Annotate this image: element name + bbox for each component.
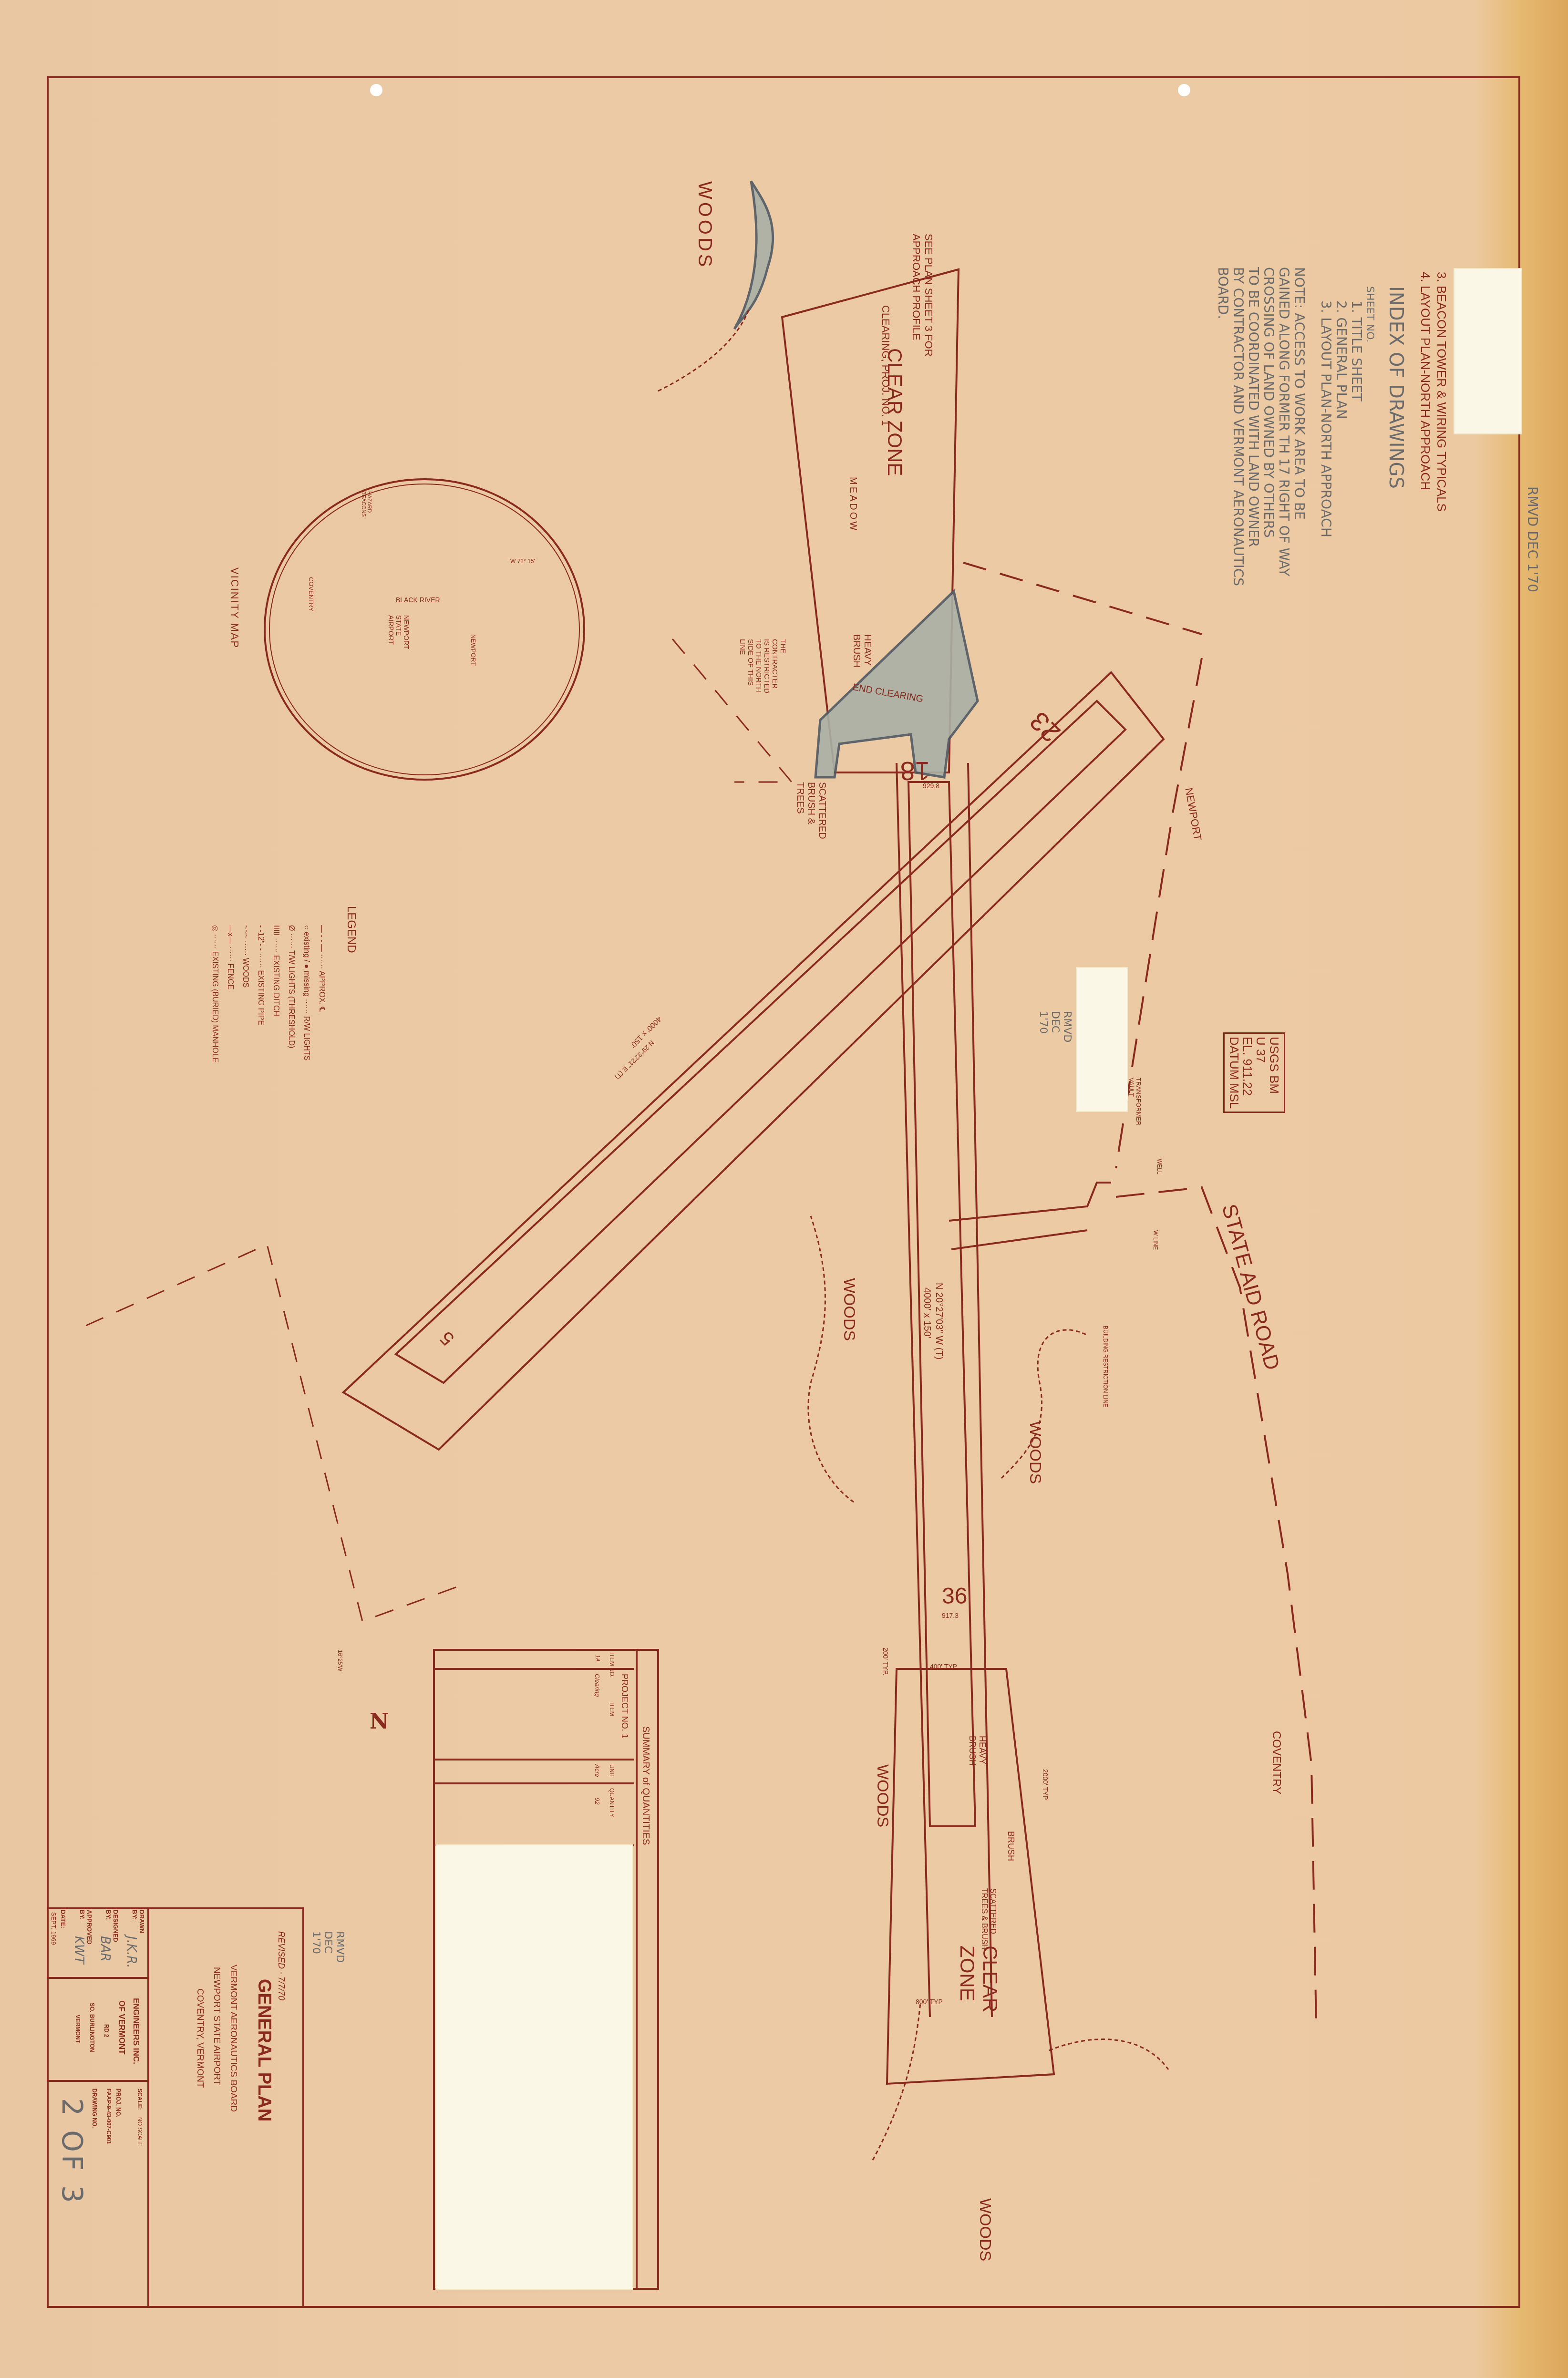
legend-list: — - - — ······ APPROX. ℄ ○ existing / ● … xyxy=(207,925,329,1063)
meadow-label: MEADOW xyxy=(847,477,858,532)
dim-2000-typ: 2000' TYP xyxy=(1042,1769,1049,1800)
approved-by-label: APPROVED BY: xyxy=(79,1910,93,1934)
transformer-vault-label: TRANSFORMER VAULT xyxy=(1128,1078,1142,1106)
scattered-trees-label: SCATTERED TREES & BRUSH xyxy=(980,1888,997,1960)
dim-800-typ: 800' TYP xyxy=(916,1998,943,2006)
index-typed-items: 3. BEACON TOWER & WIRING TYPICALS 4. LAY… xyxy=(1417,272,1450,512)
legend-item: ○ existing / ● missing ······ R/W LIGHTS xyxy=(299,925,314,1063)
revised-label: REVISED - 7/7/70 xyxy=(276,1931,286,2000)
legend-label: T/W LIGHTS (THRESHOLD) xyxy=(287,950,295,1048)
col-item: ITEM xyxy=(609,1702,615,1716)
row-unit: Acre xyxy=(594,1764,601,1777)
vicinity-map-title: VICINITY MAP xyxy=(228,567,241,649)
usgs-line: USGS BM xyxy=(1268,1037,1281,1109)
woods-label: WOODS xyxy=(873,1764,892,1827)
row-no: 1A xyxy=(594,1655,601,1662)
vicinity-label-airport: NEWPORT STATE AIRPORT xyxy=(387,615,410,649)
legend-symbol: ○ existing / ● missing xyxy=(302,925,310,997)
legend-title: LEGEND xyxy=(344,906,358,953)
declination-label: 16°25'W xyxy=(337,1650,343,1671)
vicinity-label-newport: NEWPORT xyxy=(470,634,477,666)
approved-by-value: KWT xyxy=(72,1936,86,1964)
vicinity-label-hazard-beacons: HAZARD BEACONS xyxy=(361,491,372,515)
legend-item: IIIII ······ EXISTING DITCH xyxy=(268,925,283,1063)
legend-item: — - - — ······ APPROX. ℄ xyxy=(314,925,329,1063)
access-note: NOTE: ACCESS TO WORK AREA TO BE GAINED A… xyxy=(1215,267,1307,586)
index-item: 1. TITLE SHEET xyxy=(1349,300,1364,537)
note-line: BOARD. xyxy=(1215,267,1230,586)
col-quantity: QUANTITY xyxy=(609,1788,615,1817)
firm-name: ENGINEERS INC. xyxy=(131,1998,141,2064)
scattered-brush-label: SCATTERED BRUSH & TREES xyxy=(794,782,827,839)
note-line: NOTE: ACCESS TO WORK AREA TO BE xyxy=(1291,267,1307,586)
legend-label: R/W LIGHTS xyxy=(302,1016,310,1060)
legend-label: EXISTING PIPE xyxy=(257,970,265,1026)
drawing-no-label: DRAWING NO. xyxy=(91,2089,98,2128)
vicinity-label-black-river: BLACK RIVER xyxy=(396,596,440,604)
legend-label: WOODS xyxy=(241,958,249,988)
runway-18-36-size: 4000' x 150' xyxy=(921,1287,932,1338)
contractor-note: THE CONTRACTER IS RESTRICTED TO THE NORT… xyxy=(738,639,787,696)
runway-18-elev: 929.8 xyxy=(923,782,939,790)
vicinity-label-coventry: COVENTRY xyxy=(308,577,315,611)
heavy-brush-east xyxy=(815,591,978,777)
legend-item: ~~~ ······ WOODS xyxy=(237,925,253,1063)
usgs-line: DATUM MSL xyxy=(1228,1037,1241,1109)
rmvd-note-table: RMVD DEC 1'70 xyxy=(310,1931,346,1965)
summary-project-header: PROJECT NO. 1 xyxy=(619,1674,629,1739)
index-pencil-items: 1. TITLE SHEET 2. GENERAL PLAN 3. LAYOUT… xyxy=(1318,300,1364,537)
north-arrow-icon: N xyxy=(370,1709,389,1734)
legend-item: - -12"- - ······ EXISTING PIPE xyxy=(253,925,268,1063)
client-name: VERMONT AERONAUTICS BOARD xyxy=(228,1965,238,2112)
proj-no-label: PROJ. NO. xyxy=(115,2089,122,2118)
heavy-brush-south-label: HEAVY BRUSH xyxy=(967,1736,987,1774)
scale-label: SCALE: xyxy=(136,2089,143,2110)
runway-5-23 xyxy=(396,701,1125,1383)
rmvd-note-building: RMVD DEC 1'70 xyxy=(1037,1011,1073,1049)
row-quantity: 92 xyxy=(594,1798,601,1804)
drawing-no-value: 2 OF 3 xyxy=(56,2098,88,2206)
location-name: COVENTRY, VERMONT xyxy=(195,1988,205,2088)
legend-symbol: —x— xyxy=(226,925,234,944)
index-item: 3. BEACON TOWER & WIRING TYPICALS xyxy=(1434,272,1450,512)
legend-symbol: - -12"- - xyxy=(257,925,265,951)
index-item: 3. LAYOUT PLAN-NORTH APPROACH xyxy=(1318,300,1333,537)
firm-address3: VERMONT xyxy=(74,2015,81,2043)
note-line: CROSSING OF LAND OWNED BY OTHERS xyxy=(1261,267,1276,586)
drawn-by-value: J.K.R. xyxy=(124,1936,138,1968)
index-title: INDEX OF DRAWINGS xyxy=(1385,286,1407,489)
well-label: WELL xyxy=(1156,1159,1163,1174)
south-clear-zone xyxy=(887,1669,1054,2084)
usgs-line: U 37 xyxy=(1254,1037,1268,1109)
firm-address2: SO. BURLINGTON xyxy=(89,2003,95,2052)
scale-value: NO SCALE xyxy=(136,2117,143,2146)
runway-18-36-bearing: N 20°27'03" W (T) xyxy=(933,1283,944,1359)
firm-name2: OF VERMONT xyxy=(117,2000,126,2054)
see-plan-note: SEE PLAN SHEET 3 FOR APPROACH PROFILE xyxy=(910,234,935,358)
note-line: TO BE COORDINATED WITH LAND OWNER xyxy=(1246,267,1261,586)
firm-address1: RD 2 xyxy=(103,2024,110,2037)
runway-36-elev: 917.3 xyxy=(942,1612,959,1619)
index-item: 4. LAYOUT PLAN-NORTH APPROACH xyxy=(1417,272,1434,512)
w-line-label: W LINE xyxy=(1152,1230,1159,1250)
legend-item: —x— ······ FENCE xyxy=(222,925,237,1063)
drawing-title: GENERAL PLAN xyxy=(254,1979,274,2121)
col-item-no: ITEM NO. xyxy=(609,1652,615,1678)
legend-item: ◎ ······ EXISTING (BURIED) MANHOLE xyxy=(207,925,222,1063)
dim-200-typ: 200' TYP. xyxy=(882,1647,889,1676)
vicinity-grid-w7215: W 72° 15' xyxy=(510,558,535,565)
index-item: 2. GENERAL PLAN xyxy=(1333,300,1349,537)
woods-label: WOODS xyxy=(694,181,715,270)
building-restriction-label: BUILDING RESTRICTION LINE xyxy=(1102,1326,1109,1407)
woods-label: WOODS xyxy=(840,1278,858,1341)
vicinity-map-circle xyxy=(265,479,584,780)
runway-18-36-edge xyxy=(897,763,930,2017)
legend-label: FENCE xyxy=(226,964,234,989)
coventry-road-label: COVENTRY xyxy=(1269,1731,1283,1794)
removed-patch-table xyxy=(436,1845,632,2289)
legend-label: EXISTING DITCH xyxy=(272,955,280,1016)
drawing-sheet: 3. BEACON TOWER & WIRING TYPICALS 4. LAY… xyxy=(0,0,1568,2378)
date-label: DATE: xyxy=(60,1910,67,1928)
col-unit: UNIT xyxy=(609,1764,615,1778)
heavy-brush-north xyxy=(734,181,773,329)
legend-symbol: Ø xyxy=(287,925,295,931)
designed-by-label: DESIGNED BY: xyxy=(105,1910,119,1934)
legend-label: APPROX. ℄ xyxy=(318,971,326,1012)
legend-symbol: ~~~ xyxy=(241,925,249,938)
rmvd-note-index: RMVD DEC 1'70 xyxy=(1525,486,1540,592)
legend-item: Ø ······ T/W LIGHTS (THRESHOLD) xyxy=(283,925,299,1063)
proj-no-value: FAAP-9-43-007-C901 xyxy=(105,2089,112,2144)
project-name: NEWPORT STATE AIRPORT xyxy=(211,1967,222,2085)
brush-label: BRUSH xyxy=(1006,1831,1016,1861)
note-line: GAINED ALONG FORMER TH 17 RIGHT OF WAY xyxy=(1276,267,1291,586)
state-aid-road xyxy=(1116,1187,1316,2027)
designed-by-value: BAR xyxy=(98,1936,112,1962)
row-item: Clearing xyxy=(594,1674,601,1697)
legend-symbol: — - - — xyxy=(318,925,326,952)
usgs-line: EL. 911.22 xyxy=(1241,1037,1254,1109)
woods-label: WOODS xyxy=(976,2198,994,2261)
runway-end-36: 36 xyxy=(942,1583,967,1609)
dim-400-typ: 400' TYP xyxy=(930,1663,957,1670)
summary-title: SUMMARY of QUANTITIES xyxy=(640,1726,651,1845)
sheet-no-label: SHEET NO. xyxy=(1364,286,1376,343)
drawn-by-label: DRAWN BY: xyxy=(131,1910,145,1934)
clearing-proj-label: CLEARING, PROJ. NO. 1 xyxy=(879,305,892,426)
date-value: SEPT. 1969 xyxy=(50,1912,57,1945)
legend-symbol: IIIII xyxy=(272,925,280,936)
legend-symbol: ◎ xyxy=(211,925,219,932)
legend-label: EXISTING (BURIED) MANHOLE xyxy=(211,951,219,1063)
usgs-benchmark-box: USGS BM U 37 EL. 911.22 DATUM MSL xyxy=(1223,1032,1285,1113)
note-line: BY CONTRACTOR AND VERMONT AERONAUTICS xyxy=(1230,267,1246,586)
woods-label: WOODS xyxy=(1026,1421,1044,1484)
removed-patch-building xyxy=(1077,968,1127,1111)
removed-patch-index xyxy=(1455,269,1521,433)
